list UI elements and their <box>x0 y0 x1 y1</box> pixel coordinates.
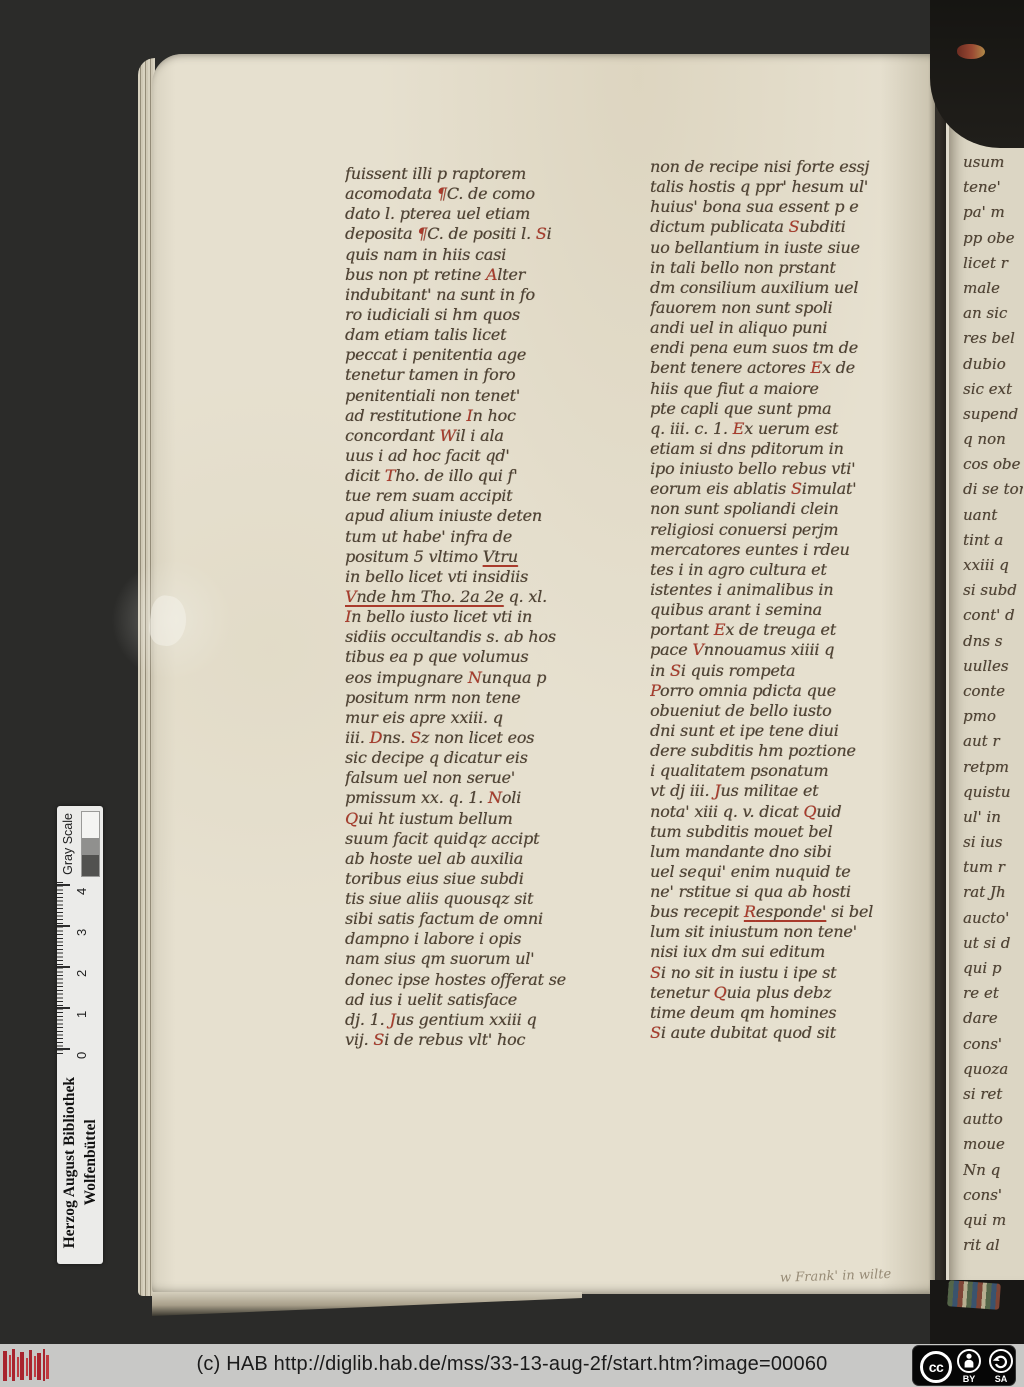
rubricated-segment: S <box>650 963 661 982</box>
manuscript-line: bent tenere actores Ex de <box>650 358 902 378</box>
page-bottom-edges <box>152 1292 582 1316</box>
facing-page-line: quoza <box>963 1057 1023 1082</box>
manuscript-line: penitentiali non tenet' <box>345 386 597 406</box>
manuscript-line: dato l. pterea uel etiam <box>345 204 597 224</box>
by-label: BY <box>956 1374 982 1384</box>
manuscript-line: ab hoste uel ab auxilia <box>345 849 597 869</box>
manuscript-line: fauorem non sunt spoli <box>650 298 902 318</box>
ruler-major-tick <box>57 1048 70 1050</box>
manuscript-line: time deum qm homines <box>650 1003 902 1023</box>
facing-page-line: male <box>963 276 1023 301</box>
manuscript-line: in tali bello non prstant <box>650 258 902 278</box>
manuscript-line: pace Vnnouamus xiiii q <box>650 640 902 660</box>
facing-page-line: tum r <box>963 855 1023 880</box>
manuscript-line: toribus eius siue subdi <box>345 869 597 889</box>
facing-page-line: aut r <box>963 729 1023 754</box>
facing-page-line: qui p <box>963 956 1023 981</box>
manuscript-line: indubitant' na sunt in fo <box>345 285 597 305</box>
manuscript-line: tenetur Quia plus debz <box>650 983 902 1003</box>
facing-page-line: rit al <box>963 1233 1023 1258</box>
manuscript-line: dere subditis hm poztione <box>650 741 902 761</box>
manuscript-line: uel sequi' enim nuquid te <box>650 862 902 882</box>
facing-page-line: dns s <box>963 629 1023 654</box>
rubricated-segment: nde hm Tho. 2a 2e <box>356 587 503 606</box>
manuscript-line: in Si quis rompeta <box>650 661 902 681</box>
facing-page-line: rat Jh <box>963 880 1023 905</box>
cc-license-badge: cc BY SA <box>912 1345 1016 1386</box>
rubricated-segment: ¶ <box>417 224 427 243</box>
manuscript-line: etiam si dns pditorum in <box>650 439 902 459</box>
manuscript-line: lum mandante dno sibi <box>650 842 902 862</box>
library-name-label: Herzog August Bibliothek Wolfenbüttel <box>57 1066 103 1260</box>
rubricated-segment: N <box>488 788 502 807</box>
facing-page-line: res bel <box>963 326 1023 351</box>
manuscript-line: peccat i penitentia age <box>345 345 597 365</box>
rubricated-segment: Vtru <box>483 547 518 566</box>
ruler-number: 4 <box>74 877 88 895</box>
manuscript-line: eorum eis ablatis Simulat' <box>650 479 902 499</box>
rubricated-segment: S <box>536 224 547 243</box>
manuscript-line: endi pena eum suos tm de <box>650 338 902 358</box>
manuscript-line: positum 5 vltimo Vtru <box>345 547 597 567</box>
manuscript-line: deposita ¶C. de positi l. Si <box>345 224 597 244</box>
facing-page-text-fragments: usumtene'pa' mpp obelicet rmalean sicres… <box>963 150 1023 1258</box>
manuscript-line: dni sunt et ipe tene diui <box>650 721 902 741</box>
manuscript-line: pte capli que sunt pma <box>650 399 902 419</box>
manuscript-line: talis hostis q ppr' hesum ul' <box>650 177 902 197</box>
facing-page-line: quistu <box>963 780 1023 805</box>
facing-page-line: pp obe <box>963 226 1023 251</box>
rubricated-segment: S <box>789 217 800 236</box>
manuscript-line: tum ut habe' infra de <box>345 527 597 547</box>
corner-inscription: w Frank' in wilte <box>780 1265 940 1286</box>
manuscript-line: mur eis apre xxiii. q <box>345 708 597 728</box>
gray-patch-dark <box>82 855 99 876</box>
manuscript-line: tes i in agro cultura et <box>650 560 902 580</box>
manuscript-line: religiosi conuersi perjm <box>650 520 902 540</box>
manuscript-line: ro iudiciali si hm quos <box>345 305 597 325</box>
manuscript-line: dm consilium auxilium uel <box>650 278 902 298</box>
manuscript-line: tum subditis mouet bel <box>650 822 902 842</box>
facing-page-line: xxiii q <box>963 553 1023 578</box>
manuscript-line: apud alium iniuste deten <box>345 506 597 526</box>
facing-page-line: moue <box>963 1132 1023 1157</box>
facing-page-line: qui m <box>963 1208 1023 1233</box>
facing-page-line: si ret <box>963 1082 1023 1107</box>
library-name-line2: Wolfenbüttel <box>80 1077 101 1248</box>
manuscript-line: portant Ex de treuga et <box>650 620 902 640</box>
facing-page-line: cont' d <box>963 603 1023 628</box>
library-name-line1: Herzog August Bibliothek <box>59 1077 80 1248</box>
manuscript-line: istentes i animalibus in <box>650 580 902 600</box>
manuscript-line: dj. 1. Jus gentium xxiii q <box>345 1010 597 1030</box>
manuscript-line: Porro omnia pdicta que <box>650 681 902 701</box>
facing-page-line: si ius <box>963 830 1023 855</box>
book-gutter-shadow <box>928 50 948 1290</box>
rubricated-segment: S <box>373 1030 384 1049</box>
manuscript-line: non sunt spoliandi clein <box>650 499 902 519</box>
rubricated-segment: I <box>345 607 351 626</box>
manuscript-line: eos impugnare Nunqua p <box>345 668 597 688</box>
manuscript-line: dam etiam talis licet <box>345 325 597 345</box>
manuscript-left-column: fuissent illi p raptoremacomodata ¶C. de… <box>345 164 597 1050</box>
rubricated-segment: T <box>385 466 395 485</box>
ruler-major-tick <box>57 925 70 927</box>
rubricated-segment: Q <box>345 809 358 828</box>
gray-patch-mid <box>82 838 99 855</box>
manuscript-line: iii. Dns. Sz non licet eos <box>345 728 597 748</box>
manuscript-line: quis nam in hiis casi <box>345 245 597 265</box>
facing-page-line: usum <box>963 150 1023 175</box>
rubricated-segment: J <box>389 1010 395 1029</box>
rubricated-segment: W <box>440 426 456 445</box>
ruler-number: 2 <box>74 959 88 977</box>
facing-page-line: q non <box>963 427 1023 452</box>
manuscript-line: tenetur tamen in foro <box>345 365 597 385</box>
gray-scale-ruler-card: Gray Scale 43210 Herzog August Bibliothe… <box>57 806 103 1264</box>
ruler-number: 3 <box>74 918 88 936</box>
manuscript-line: ad ius i uelit satisface <box>345 990 597 1010</box>
manuscript-line: Qui ht iustum bellum <box>345 809 597 829</box>
manuscript-line: sibi satis factum de omni <box>345 909 597 929</box>
manuscript-line: dicit Tho. de illo qui f' <box>345 466 597 486</box>
manuscript-line: nisi iux dm sui editum <box>650 942 902 962</box>
facing-page-line: uulles <box>963 654 1023 679</box>
manuscript-line: In bello iusto licet vti in <box>345 607 597 627</box>
ruler-scale: 43210 <box>57 880 103 1066</box>
facing-page-line: an sic <box>963 301 1023 326</box>
manuscript-line: nam sius qm suorum ul' <box>345 949 597 969</box>
decorated-page-edge <box>947 1280 1001 1310</box>
manuscript-line: dictum publicata Subditi <box>650 217 902 237</box>
manuscript-line: bus recepit Responde' si bel <box>650 902 902 922</box>
manuscript-line: fuissent illi p raptorem <box>345 164 597 184</box>
manuscript-line: quibus arant i semina <box>650 600 902 620</box>
facing-page-line: autto <box>963 1107 1023 1132</box>
cc-logo-icon: cc <box>920 1351 952 1383</box>
manuscript-line: dampno i labore i opis <box>345 929 597 949</box>
manuscript-line: tue rem suam accipit <box>345 486 597 506</box>
manuscript-line: concordant Wil i ala <box>345 426 597 446</box>
rubricated-segment: esponde' <box>756 902 826 921</box>
rubricated-segment: ¶ <box>437 184 447 203</box>
manuscript-line: sidiis occultandis s. ab hos <box>345 627 597 647</box>
rubricated-segment: N <box>468 668 482 687</box>
rubricated-segment: D <box>370 728 383 747</box>
ruler-minor-ticks <box>57 882 63 1054</box>
manuscript-line: obueniut de bello iusto <box>650 701 902 721</box>
manuscript-line: acomodata ¶C. de como <box>345 184 597 204</box>
rubricated-segment: S <box>410 728 421 747</box>
rubricated-segment: J <box>714 781 720 800</box>
facing-page-line: dubio <box>963 352 1023 377</box>
facing-page-line: aucto' <box>963 906 1023 931</box>
facing-page-line: cons' <box>963 1183 1023 1208</box>
gray-scale-patches <box>81 811 100 877</box>
facing-page-line: uant <box>963 503 1023 528</box>
facing-page-line: licet r <box>963 251 1023 276</box>
manuscript-line: ne' rstitue si qua ab hosti <box>650 882 902 902</box>
facing-page-edge: usumtene'pa' mpp obelicet rmalean sicres… <box>946 48 1024 1288</box>
ruler-major-tick <box>57 966 70 968</box>
facing-page-line: conte <box>963 679 1023 704</box>
attribution-icon <box>956 1348 982 1374</box>
rubricated-segment: R <box>744 902 756 921</box>
manuscript-right-column: non de recipe nisi forte essjtalis hosti… <box>650 157 902 1043</box>
manuscript-line: non de recipe nisi forte essj <box>650 157 902 177</box>
manuscript-line: falsum uel non serue' <box>345 768 597 788</box>
facing-page-line: ut si d <box>963 931 1023 956</box>
manuscript-line: positum nrm non tene <box>345 688 597 708</box>
rubricated-segment: Q <box>714 983 727 1002</box>
rubricated-segment: P <box>650 681 660 700</box>
ruler-number: 1 <box>74 1000 88 1018</box>
rubricated-segment: S <box>650 1023 661 1042</box>
facing-page-line: sic ext <box>963 377 1023 402</box>
rubricated-segment: Q <box>803 802 816 821</box>
rubricated-segment: S <box>670 661 681 680</box>
manuscript-line: uus i ad hoc facit qd' <box>345 446 597 466</box>
manuscript-line: hiis que fiut a maiore <box>650 379 902 399</box>
facing-page-line: pa' m <box>963 200 1023 225</box>
manuscript-line: bus non pt retine Alter <box>345 265 597 285</box>
gray-scale-label: Gray Scale <box>58 810 78 878</box>
manuscript-line: q. iii. c. 1. Ex uerum est <box>650 419 902 439</box>
facing-page-line: cos obe <box>963 452 1023 477</box>
manuscript-line: Si no sit in iustu i ipe st <box>650 963 902 983</box>
facing-page-line: di se tor <box>963 477 1023 502</box>
manuscript-line: Vnde hm Tho. 2a 2e q. xl. <box>345 587 597 607</box>
rubricated-segment: V <box>345 587 356 606</box>
manuscript-line: i qualitatem psonatum <box>650 761 902 781</box>
ruler-major-tick <box>57 1007 70 1009</box>
sa-label: SA <box>988 1374 1014 1384</box>
manuscript-line: sic decipe q dicatur eis <box>345 748 597 768</box>
manuscript-line: ad restitutione In hoc <box>345 406 597 426</box>
book-headband <box>957 44 985 59</box>
manuscript-line: in bello licet vti insidiis <box>345 567 597 587</box>
gray-patch-light <box>82 812 99 838</box>
manuscript-line: vij. Si de rebus vlt' hoc <box>345 1030 597 1050</box>
ruler-major-tick <box>57 884 70 886</box>
manuscript-page: fuissent illi p raptoremacomodata ¶C. de… <box>152 54 935 1294</box>
facing-page-line: ul' in <box>963 805 1023 830</box>
facing-page-line: re et <box>963 981 1023 1006</box>
rubricated-segment: I <box>466 406 472 425</box>
rubricated-segment: S <box>791 479 802 498</box>
manuscript-line: Si aute dubitat quod sit <box>650 1023 902 1043</box>
manuscript-line: tis siue aliis quousqz sit <box>345 889 597 909</box>
rubricated-segment: E <box>714 620 725 639</box>
rubricated-segment: E <box>733 419 744 438</box>
share-alike-icon <box>988 1348 1014 1374</box>
facing-page-line: pmo <box>963 704 1023 729</box>
facing-page-line: tint a <box>963 528 1023 553</box>
manuscript-line: mercatores euntes i rdeu <box>650 540 902 560</box>
manuscript-line: uo bellantium in iuste siue <box>650 238 902 258</box>
manuscript-line: nota' xiii q. v. dicat Quid <box>650 802 902 822</box>
footer-bar: (c) HAB http://diglib.hab.de/mss/33-13-a… <box>0 1344 1024 1387</box>
facing-page-line: cons' <box>963 1032 1023 1057</box>
facing-page-line: dare <box>963 1006 1023 1031</box>
manuscript-line: andi uel in aliquo puni <box>650 318 902 338</box>
manuscript-line: suum facit quidqz accipt <box>345 829 597 849</box>
facing-page-line: retpm <box>963 755 1023 780</box>
manuscript-line: lum sit iniustum non tene' <box>650 922 902 942</box>
ruler-number: 0 <box>74 1041 88 1059</box>
copyright-url-text: (c) HAB http://diglib.hab.de/mss/33-13-a… <box>0 1353 1024 1376</box>
rubricated-segment: A <box>486 265 497 284</box>
manuscript-line: ipo iniusto bello rebus vti' <box>650 459 902 479</box>
manuscript-line: pmissum xx. q. 1. Noli <box>345 788 597 808</box>
manuscript-line: tibus ea p que volumus <box>345 647 597 667</box>
facing-page-line: Nn q <box>963 1158 1023 1183</box>
manuscript-line: donec ipse hostes offerat se <box>345 970 597 990</box>
facing-page-line: si subd <box>963 578 1023 603</box>
facing-page-line: supend <box>963 402 1023 427</box>
manuscript-line: huius' bona sua essent p e <box>650 197 902 217</box>
manuscript-line: vt dj iii. Jus militae et <box>650 781 902 801</box>
rubricated-segment: E <box>810 358 821 377</box>
facing-page-line: tene' <box>963 175 1023 200</box>
rubricated-segment: V <box>692 640 703 659</box>
